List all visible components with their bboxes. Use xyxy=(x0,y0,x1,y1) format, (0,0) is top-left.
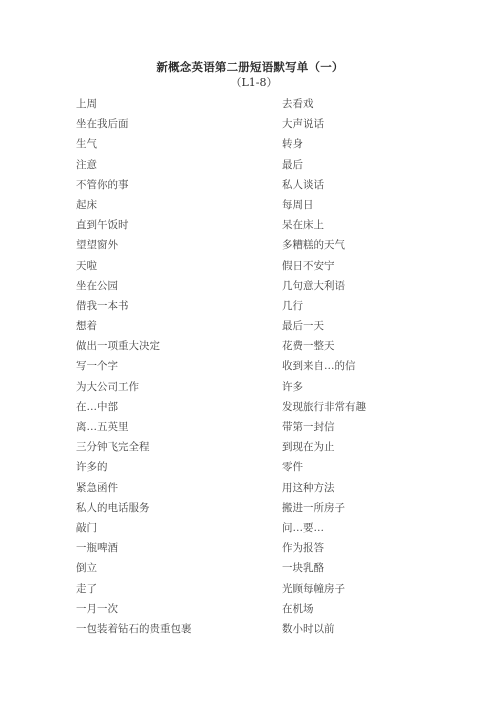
phrase-item: 许多 xyxy=(282,377,366,397)
phrase-item: 几行 xyxy=(282,296,366,316)
phrase-item: 走了 xyxy=(76,579,192,599)
phrase-item: 大声说话 xyxy=(282,114,366,134)
phrase-item: 望望窗外 xyxy=(76,235,192,255)
phrase-item: 最后一天 xyxy=(282,316,366,336)
phrase-item: 一月一次 xyxy=(76,599,192,619)
phrase-item: 呆在床上 xyxy=(282,215,366,235)
phrase-item: 一瓶啤酒 xyxy=(76,538,192,558)
phrase-item: 最后 xyxy=(282,155,366,175)
page-subtitle: （L1-8） xyxy=(0,76,500,90)
phrase-item: 发现旅行非常有趣 xyxy=(282,397,366,417)
phrase-item: 私人的电话服务 xyxy=(76,498,192,518)
phrase-item: 用这种方法 xyxy=(282,478,366,498)
phrase-item: 数小时以前 xyxy=(282,619,366,639)
page-title: 新概念英语第二册短语默写单（一） xyxy=(0,60,500,74)
left-phrase-column: 上周 坐在我后面 生气 注意 不管你的事 起床 直到午饭时 望望窗外 天啦 坐在… xyxy=(76,94,192,639)
phrase-item: 在机场 xyxy=(282,599,366,619)
phrase-item: 离…五英里 xyxy=(76,417,192,437)
phrase-item: 做出一项重大决定 xyxy=(76,336,192,356)
phrase-item: 花费一整天 xyxy=(282,336,366,356)
phrase-item: 转身 xyxy=(282,134,366,154)
phrase-item: 带第一封信 xyxy=(282,417,366,437)
phrase-item: 敲门 xyxy=(76,518,192,538)
phrase-item: 倒立 xyxy=(76,558,192,578)
phrase-item: 一块乳酪 xyxy=(282,558,366,578)
phrase-item: 几句意大利语 xyxy=(282,276,366,296)
phrase-item: 零件 xyxy=(282,457,366,477)
phrase-item: 写一个字 xyxy=(76,356,192,376)
phrase-item: 想着 xyxy=(76,316,192,336)
phrase-item: 天啦 xyxy=(76,256,192,276)
phrase-item: 作为报答 xyxy=(282,538,366,558)
phrase-item: 私人谈话 xyxy=(282,175,366,195)
right-phrase-column: 去看戏 大声说话 转身 最后 私人谈话 每周日 呆在床上 多糟糕的天气 假日不安… xyxy=(282,94,366,639)
phrase-item: 直到午饭时 xyxy=(76,215,192,235)
phrase-item: 收到来自…的信 xyxy=(282,356,366,376)
phrase-item: 搬进一所房子 xyxy=(282,498,366,518)
phrase-item: 紧急函件 xyxy=(76,478,192,498)
phrase-item: 三分钟飞完全程 xyxy=(76,437,192,457)
phrase-item: 起床 xyxy=(76,195,192,215)
phrase-item: 许多的 xyxy=(76,457,192,477)
phrase-item: 生气 xyxy=(76,134,192,154)
phrase-item: 为大公司工作 xyxy=(76,377,192,397)
phrase-item: 坐在我后面 xyxy=(76,114,192,134)
phrase-item: 一包装着钻石的贵重包裹 xyxy=(76,619,192,639)
phrase-item: 借我一本书 xyxy=(76,296,192,316)
phrase-item: 在…中部 xyxy=(76,397,192,417)
phrase-item: 问…要… xyxy=(282,518,366,538)
phrase-item: 去看戏 xyxy=(282,94,366,114)
phrase-item: 坐在公园 xyxy=(76,276,192,296)
document-page: 新概念英语第二册短语默写单（一） （L1-8） 上周 坐在我后面 生气 注意 不… xyxy=(0,0,500,706)
phrase-item: 光顾每幢房子 xyxy=(282,579,366,599)
phrase-item: 每周日 xyxy=(282,195,366,215)
phrase-item: 不管你的事 xyxy=(76,175,192,195)
phrase-item: 假日不安宁 xyxy=(282,256,366,276)
phrase-item: 到现在为止 xyxy=(282,437,366,457)
phrase-item: 注意 xyxy=(76,155,192,175)
phrase-item: 上周 xyxy=(76,94,192,114)
phrase-item: 多糟糕的天气 xyxy=(282,235,366,255)
